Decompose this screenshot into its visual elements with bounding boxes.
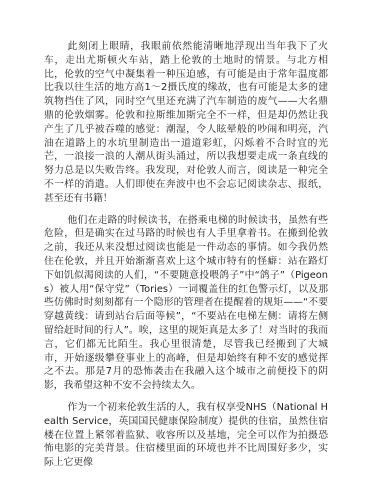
paragraph-2: 他们在走路的时候读书，在搭乘电梯的时候读书，虽然有些危险，但是确实在过马路的时候…: [44, 214, 328, 393]
paragraph-1: 此刻闭上眼睛，我眼前依然能清晰地浮现出当年我下了火车，走出尤斯顿火车站，踏上伦敦…: [44, 40, 328, 206]
paragraph-3: 作为一个初来伦敦生活的人，我有权享受NHS（National Health Se…: [44, 401, 328, 470]
ebook-page: 此刻闭上眼睛，我眼前依然能清晰地浮现出当年我下了火车，走出尤斯顿火车站，踏上伦敦…: [0, 0, 370, 480]
